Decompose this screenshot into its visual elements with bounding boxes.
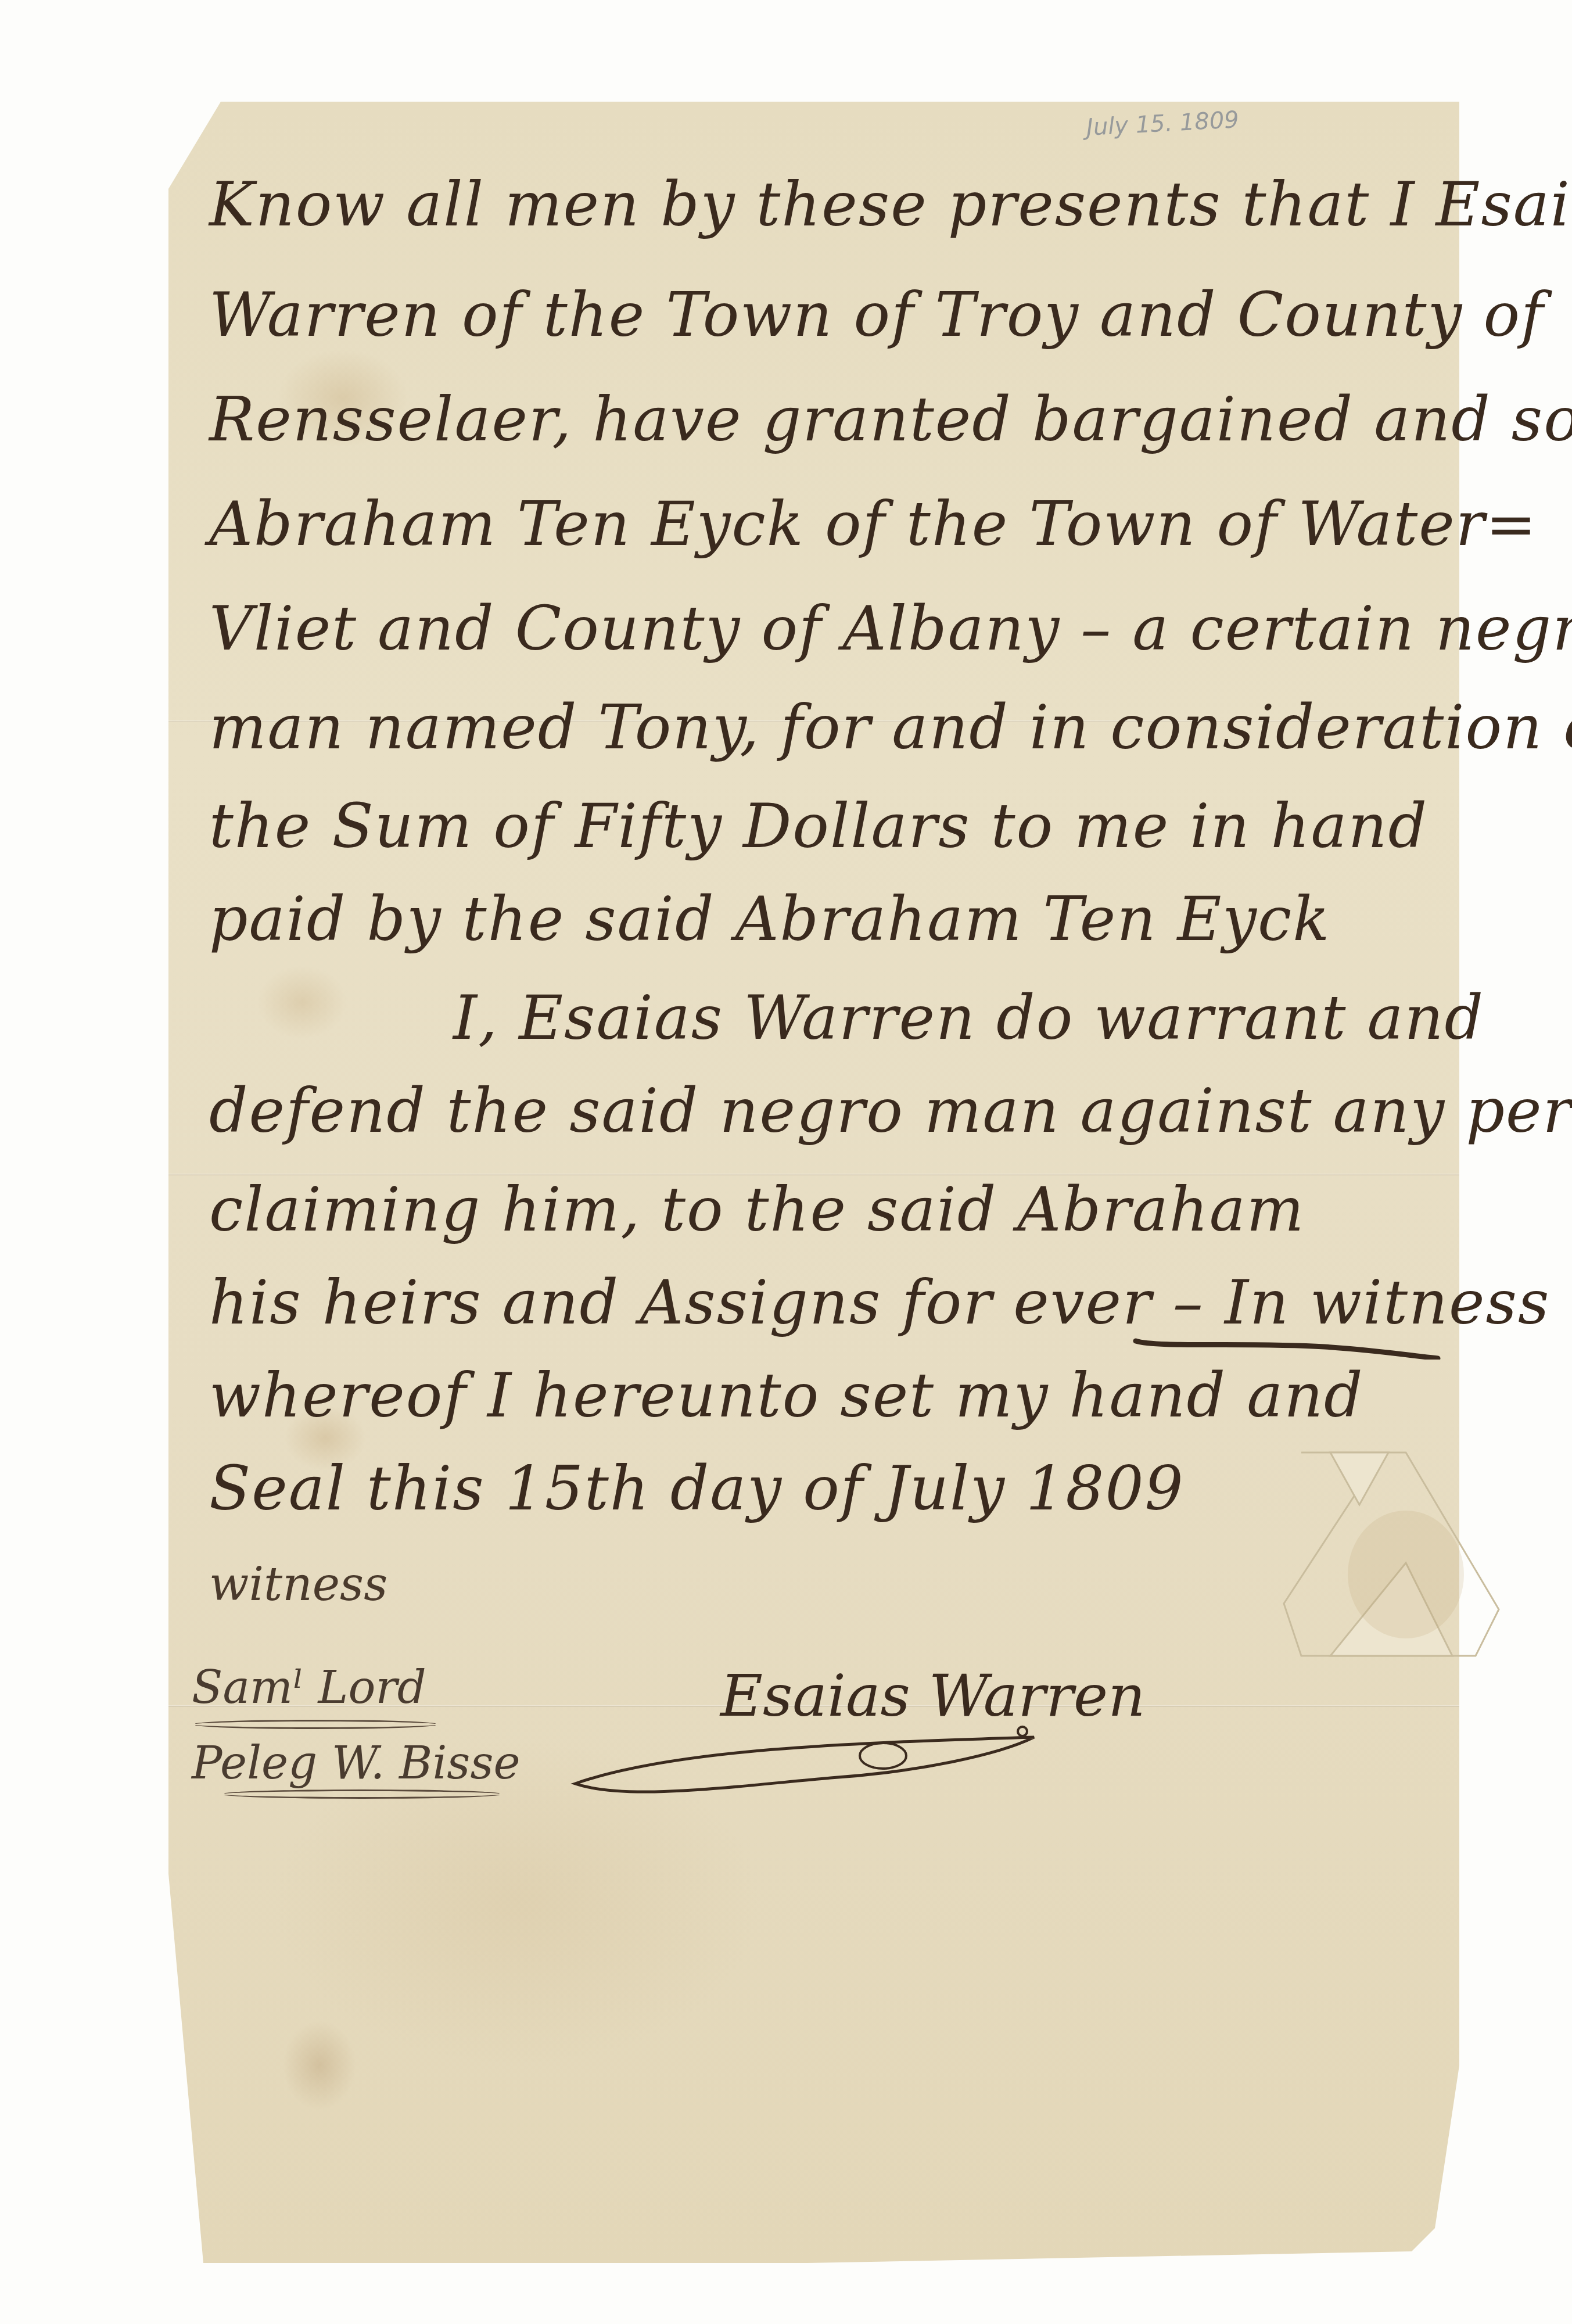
witness-flourish bbox=[221, 1789, 503, 1799]
text-line-10: defend the said negro man against any pe… bbox=[209, 1081, 1572, 1141]
signature-flourish bbox=[558, 1714, 1185, 1807]
text-line-6: man named Tony, for and in consideration… bbox=[209, 697, 1572, 758]
text-line-4: Abraham Ten Eyck of the Town of Water= bbox=[209, 494, 1538, 554]
paper-seal-wafer bbox=[1266, 1429, 1510, 1679]
witness-signature-2: Peleg W. Bisse bbox=[192, 1737, 521, 1789]
line-end-flourish bbox=[1133, 1336, 1441, 1360]
witness-signature-1: Samˡ Lord bbox=[192, 1662, 426, 1714]
text-line-2: Warren of the Town of Troy and County of bbox=[209, 285, 1545, 345]
text-line-14: Seal this 15th day of July 1809 bbox=[209, 1458, 1185, 1519]
text-line-7: the Sum of Fifty Dollars to me in hand bbox=[209, 796, 1428, 856]
text-line-8: paid by the said Abraham Ten Eyck bbox=[209, 889, 1330, 949]
text-line-5: Vliet and County of Albany – a certain n… bbox=[209, 598, 1572, 659]
text-line-13: whereof I hereunto set my hand and bbox=[209, 1365, 1364, 1426]
text-line-12: his heirs and Assigns for ever – In witn… bbox=[209, 1272, 1550, 1333]
text-line-1: Know all men by these presents that I Es… bbox=[209, 174, 1572, 235]
witness-flourish bbox=[192, 1720, 439, 1729]
text-line-9: I, Esaias Warren do warrant and bbox=[453, 988, 1484, 1048]
text-line-11: claiming him, to the said Abraham bbox=[209, 1179, 1305, 1240]
witness-label: witness bbox=[209, 1557, 387, 1611]
text-line-3: Rensselaer, have granted bargained and s… bbox=[209, 389, 1572, 450]
